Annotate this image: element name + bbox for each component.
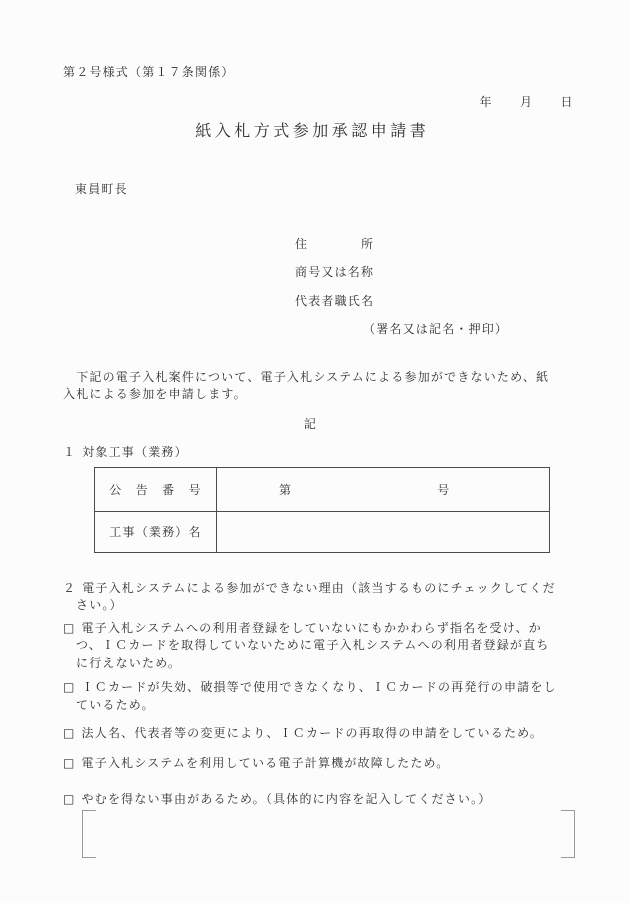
left-bracket bbox=[82, 810, 96, 858]
addressee: 東員町長 bbox=[75, 181, 558, 199]
reason-text-line: に行えないため。 bbox=[63, 655, 558, 673]
section1-heading: １対象工事（業務） bbox=[63, 444, 558, 462]
paragraph-line: 入札による参加を申請します。 bbox=[63, 386, 558, 404]
reason-item: □電子入札システムへの利用者登録をしていないにもかかわらず指名を受け、か つ、Ｉ… bbox=[63, 620, 558, 673]
notice-number-label: 公 告 番 号 bbox=[95, 468, 217, 511]
record-marker: 記 bbox=[63, 416, 558, 434]
table-row-notice-number: 公 告 番 号 第 号 bbox=[95, 468, 549, 511]
work-name-value-field[interactable] bbox=[217, 512, 549, 552]
document-page: 第２号様式（第１７条関係） 年 月 日 紙入札方式参加承認申請書 東員町長 住 … bbox=[0, 0, 630, 903]
section2-number: ２ bbox=[63, 581, 76, 595]
reason-item: □やむを得ない事由があるため。（具体的に内容を記入してください。） bbox=[63, 791, 558, 809]
reason-text-line: つ、ＩＣカードを取得していないために電子入札システムへの利用者登録が直ち bbox=[63, 637, 558, 655]
free-entry-box[interactable] bbox=[82, 810, 575, 858]
right-bracket bbox=[561, 810, 575, 858]
date-line: 年 月 日 bbox=[63, 94, 574, 111]
company-name-label: 商号又は名称 bbox=[295, 264, 558, 282]
checkbox-icon[interactable]: □ bbox=[63, 680, 76, 694]
checkbox-icon[interactable]: □ bbox=[63, 792, 76, 806]
reason-item: □電子入札システムを利用している電子計算機が故障したため。 bbox=[63, 755, 558, 773]
section1-number: １ bbox=[63, 445, 76, 459]
form-number: 第２号様式（第１７条関係） bbox=[63, 64, 558, 81]
section1-heading-text: 対象工事（業務） bbox=[82, 445, 188, 459]
applicant-block: 住 所 商号又は名称 代表者職氏名 （署名又は記名・押印） bbox=[295, 236, 558, 339]
reason-text-line: 電子入札システムを利用している電子計算機が故障したため。 bbox=[82, 756, 450, 770]
reason-text-line: ているため。 bbox=[63, 697, 558, 715]
reason-text-line: ＩＣカードが失効、破損等で使用できなくなり、ＩＣカードの再発行の申請をし bbox=[82, 680, 557, 694]
table-row-work-name: 工事（業務）名 bbox=[95, 511, 549, 552]
paragraph-line: 下記の電子入札案件について、電子入札システムによる参加ができないため、紙 bbox=[63, 369, 558, 387]
body-paragraph: 下記の電子入札案件について、電子入札システムによる参加ができないため、紙 入札に… bbox=[63, 369, 558, 404]
notice-number-prefix: 第 bbox=[279, 481, 292, 498]
reason-text-line: 法人名、代表者等の変更により、ＩＣカードの再取得の申請をしているため。 bbox=[82, 726, 544, 740]
checkbox-icon[interactable]: □ bbox=[63, 621, 76, 635]
reason-item: □ＩＣカードが失効、破損等で使用できなくなり、ＩＣカードの再発行の申請をし てい… bbox=[63, 679, 558, 714]
section2-heading-text: さい。） bbox=[63, 597, 558, 615]
section2-heading-text: 電子入札システムによる参加ができない理由（該当するものにチェックしてくだ bbox=[82, 581, 556, 595]
reason-text-line: 電子入札システムへの利用者登録をしていないにもかかわらず指名を受け、か bbox=[82, 621, 542, 635]
page-title: 紙入札方式参加承認申請書 bbox=[63, 119, 558, 143]
notice-number-suffix: 号 bbox=[437, 481, 450, 498]
notice-table: 公 告 番 号 第 号 工事（業務）名 bbox=[94, 467, 550, 553]
section2-heading: ２電子入札システムによる参加ができない理由（該当するものにチェックしてくだ さい… bbox=[63, 580, 558, 615]
work-name-label: 工事（業務）名 bbox=[95, 512, 217, 552]
address-label: 住 所 bbox=[295, 236, 558, 254]
reason-text-line: やむを得ない事由があるため。（具体的に内容を記入してください。） bbox=[82, 792, 492, 806]
seal-note: （署名又は記名・押印） bbox=[363, 321, 558, 339]
notice-number-value-field[interactable]: 第 号 bbox=[217, 468, 549, 511]
reason-item: □法人名、代表者等の変更により、ＩＣカードの再取得の申請をしているため。 bbox=[63, 725, 558, 743]
checkbox-icon[interactable]: □ bbox=[63, 756, 76, 770]
representative-label: 代表者職氏名 bbox=[295, 293, 558, 311]
checkbox-icon[interactable]: □ bbox=[63, 726, 76, 740]
